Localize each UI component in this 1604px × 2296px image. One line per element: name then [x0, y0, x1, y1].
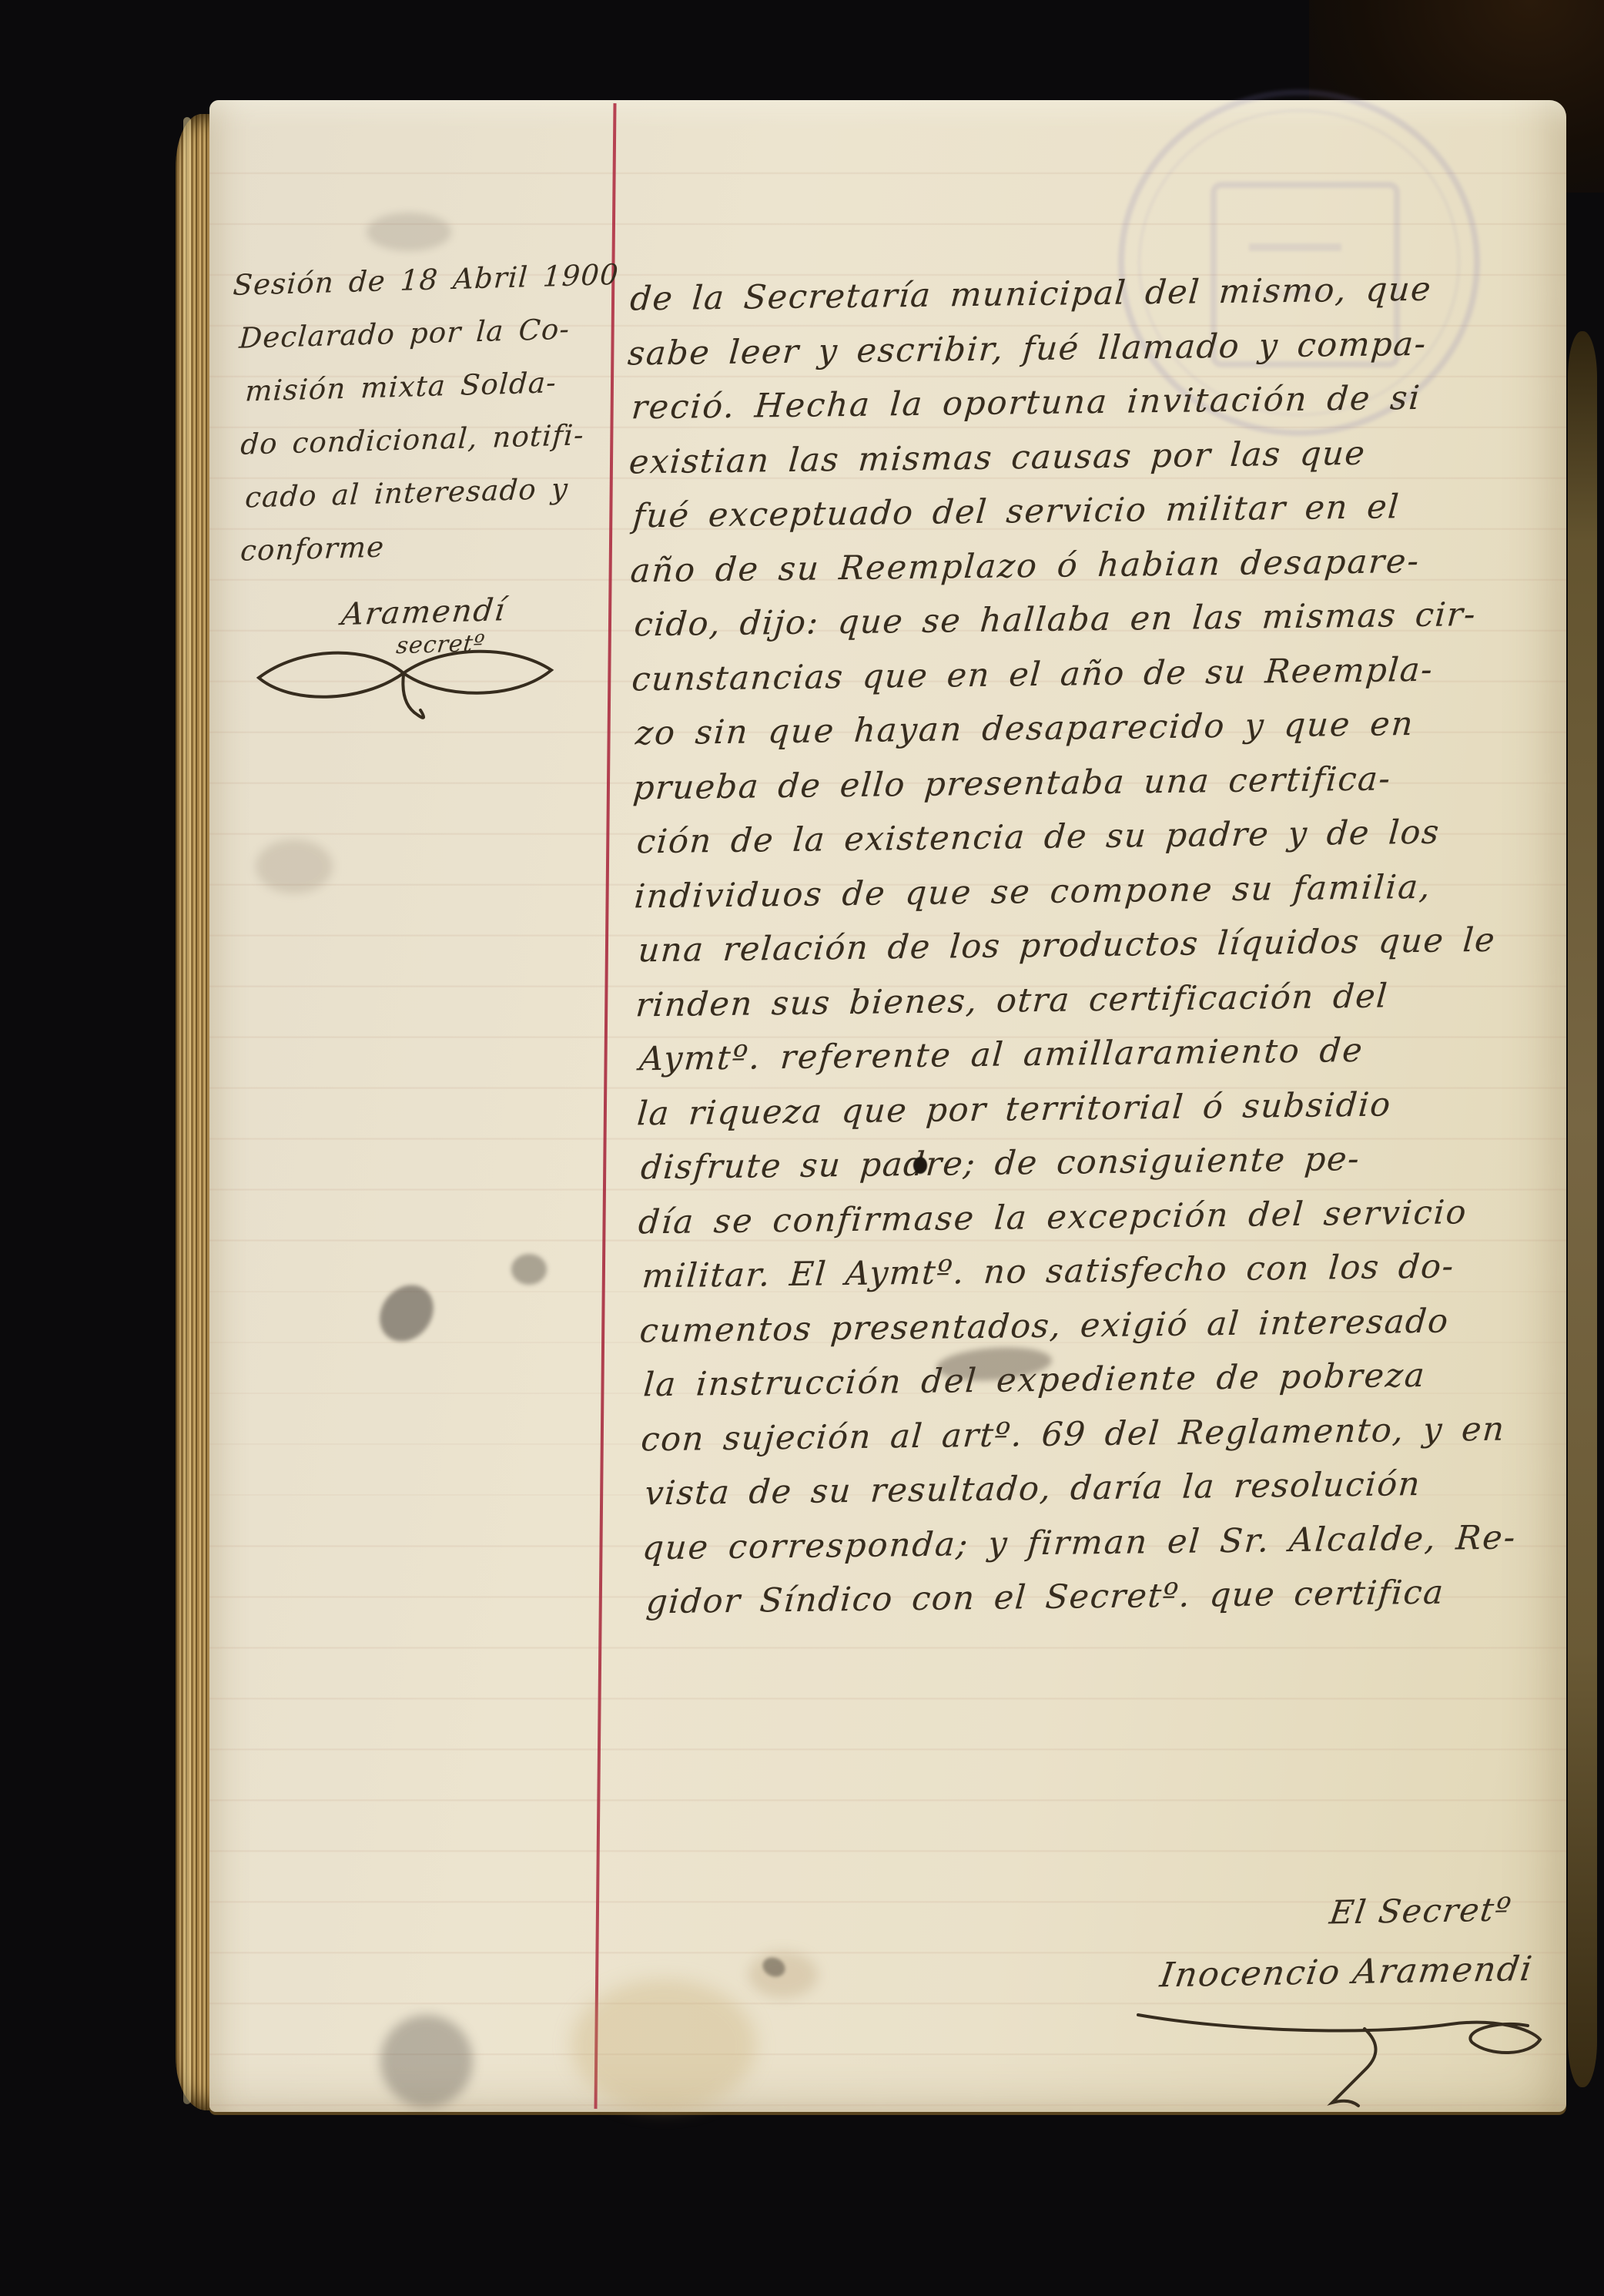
- body-text: de la Secretaría municipal del mismo, qu…: [626, 269, 1579, 1637]
- page-edge-highlight: [183, 117, 191, 2104]
- stain: [571, 1979, 756, 2110]
- margin-signature-rubric: [253, 630, 561, 722]
- margin-note-line: conforme: [238, 524, 618, 588]
- stain: [759, 1954, 788, 1980]
- ink-blot: [913, 1157, 927, 1174]
- stain: [511, 1254, 547, 1285]
- stain: [380, 2015, 473, 2107]
- stain: [369, 1275, 444, 1352]
- document-page: Sesión de 18 Abril 1900 Declarado por la…: [209, 100, 1566, 2112]
- stain: [256, 840, 333, 893]
- archive-scan-background: Sesión de 18 Abril 1900 Declarado por la…: [0, 0, 1604, 2296]
- margin-signature-name: Aramendí: [340, 589, 621, 632]
- margin-note: Sesión de 18 Abril 1900 Declarado por la…: [232, 258, 620, 663]
- closing-signature-rubric: [1134, 1986, 1549, 2101]
- stamp-bar: [1249, 243, 1341, 251]
- closing-signatures: El Secretº Inocencio Aramendi: [993, 1890, 1533, 1998]
- closing-signature-role: El Secretº: [990, 1890, 1535, 1937]
- stain: [367, 213, 451, 251]
- stain: [748, 1952, 818, 1998]
- body-line: gidor Síndico con el Secretº. que certif…: [644, 1571, 1581, 1637]
